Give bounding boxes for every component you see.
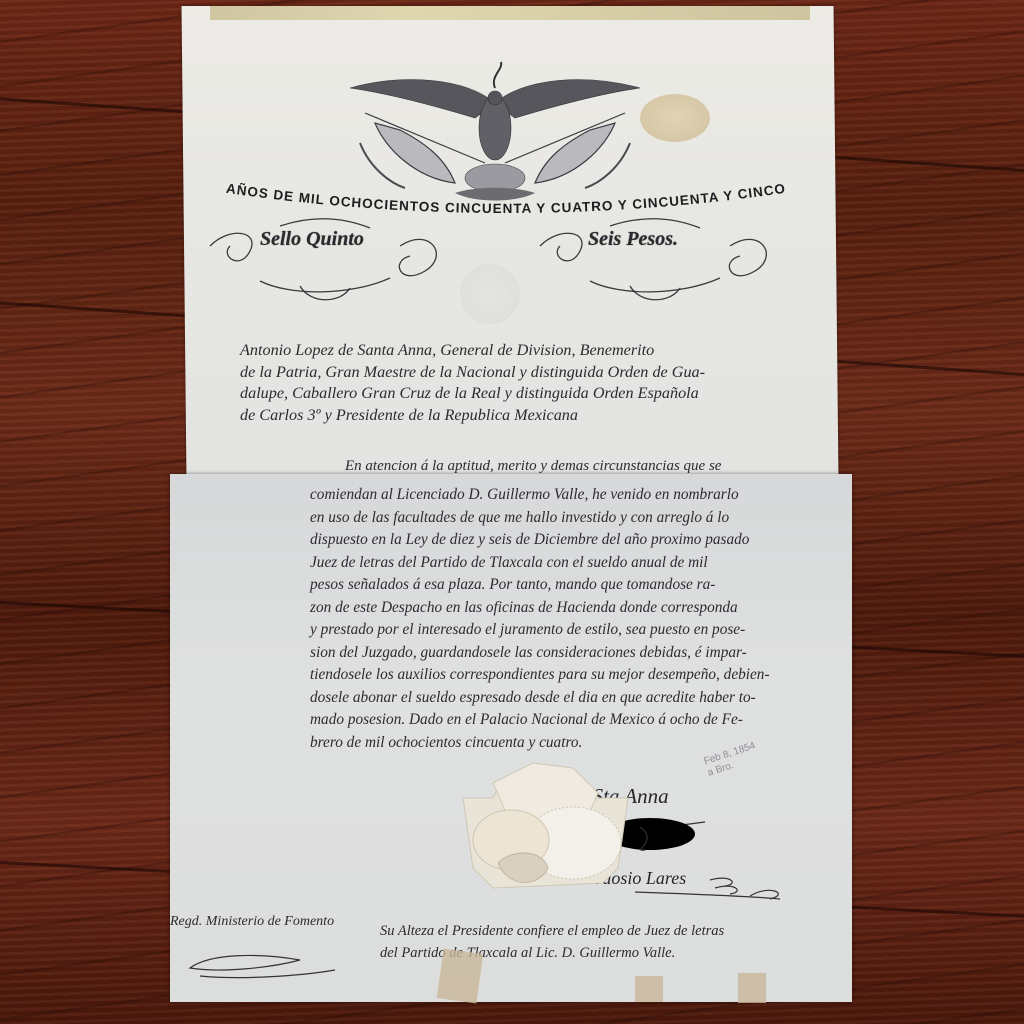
circular-tax-seal-stamp (640, 94, 710, 142)
decree-body: comiendan al Licenciado D. Guillermo Val… (310, 484, 830, 754)
top-tape-strip (210, 6, 810, 20)
body-line: y prestado por el interesado el jurament… (310, 619, 830, 642)
embossed-seal (460, 264, 520, 324)
body-line: Juez de letras del Partido de Tlaxcala c… (310, 552, 830, 575)
body-line: pesos señalados á esa plaza. Por tanto, … (310, 574, 830, 597)
tape-strip (635, 976, 663, 1002)
body-line: comiendan al Licenciado D. Guillermo Val… (310, 484, 830, 507)
footer-line: Su Alteza el Presidente confiere el empl… (380, 920, 850, 942)
tape-strip (738, 973, 766, 1003)
minister-rubric (630, 874, 790, 904)
body-line: en uso de las facultades de que me hallo… (310, 507, 830, 530)
svg-text:AÑOS DE MIL OCHOCIENTOS CINCUE: AÑOS DE MIL OCHOCIENTOS CINCUENTA Y CUAT… (225, 181, 787, 216)
registry-rubric (180, 948, 340, 983)
heading-line: de la Patria, Gran Maestre de la Naciona… (240, 362, 820, 384)
body-line: dispuesto en la Ley de diez y seis de Di… (310, 529, 830, 552)
heading-line: de Carlos 3º y Presidente de la Republic… (240, 405, 820, 427)
tape-strip (437, 948, 484, 1003)
stamp-value-label: Seis Pesos. (588, 228, 678, 251)
body-line: tiendosele los auxilios correspondientes… (310, 664, 830, 687)
body-first-line: En atencion á la aptitud, merito y demas… (345, 458, 825, 475)
paper-wafer-seal (453, 758, 633, 898)
body-line: mado posesion. Dado en el Palacio Nacion… (310, 709, 830, 732)
registry-note: Regd. Ministerio de Fomento (170, 914, 370, 930)
stamp-year-text: AÑOS DE MIL OCHOCIENTOS CINCUENTA Y CUAT… (225, 181, 787, 216)
body-line: zon de este Despacho en las oficinas de … (310, 597, 830, 620)
heading-line: dalupe, Caballero Gran Cruz de la Real y… (240, 383, 820, 405)
historical-document: AÑOS DE MIL OCHOCIENTOS CINCUENTA Y CUAT… (170, 6, 852, 1002)
body-line: dosele abonar el sueldo espresado desde … (310, 687, 830, 710)
decree-heading: Antonio Lopez de Santa Anna, General de … (240, 340, 820, 426)
heading-line: Antonio Lopez de Santa Anna, General de … (240, 340, 820, 362)
body-line: sion del Juzgado, guardandosele las cons… (310, 642, 830, 665)
sello-quinto-label: Sello Quinto (260, 228, 364, 251)
